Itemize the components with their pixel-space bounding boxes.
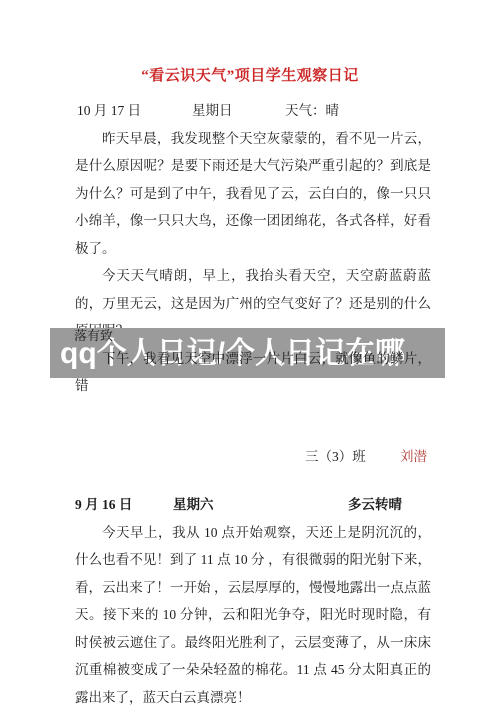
entry1-date: 10 月 17 日 [77, 97, 141, 125]
entry2-header: 9 月 16 日 星期六 多云转晴 [75, 491, 431, 519]
entry1-paragraph-3-fragment: 落有致 [74, 329, 113, 343]
signature-student-name: 刘潜 [400, 443, 427, 471]
entry1-paragraph-3: 下午，我看见天空中漂浮一片片白云，就像鱼的鳞片，错 [75, 345, 431, 400]
entry1-paragraph-1: 昨天早晨，我发现整个天空灰蒙蒙的，看不见一片云，是什么原因呢？是要下雨还是大气污… [75, 125, 431, 263]
entry2-weekday: 星期六 [173, 491, 214, 519]
entry1-signature: 三（3）班 刘潜 [75, 443, 431, 471]
entry1-header: 10 月 17 日 星期日 天气：晴 [75, 97, 431, 125]
signature-class: 三（3）班 [305, 443, 366, 471]
document-page: “看云识天气”项目学生观察日记 10 月 17 日 星期日 天气：晴 昨天早晨，… [0, 0, 500, 706]
document-content: 10 月 17 日 星期日 天气：晴 昨天早晨，我发现整个天空灰蒙蒙的，看不见一… [75, 97, 431, 706]
entry1-weather: 天气：晴 [285, 97, 339, 125]
page-title: “看云识天气”项目学生观察日记 [0, 0, 500, 85]
entry1-weekday: 星期日 [192, 97, 233, 125]
entry2-paragraph-1: 今天早上，我从 10 点开始观察，天还上是阴沉沉的，什么也看不见！到了 11 点… [75, 519, 431, 706]
entry2-weather: 多云转晴 [348, 491, 402, 519]
entry2-date: 9 月 16 日 [75, 491, 132, 519]
